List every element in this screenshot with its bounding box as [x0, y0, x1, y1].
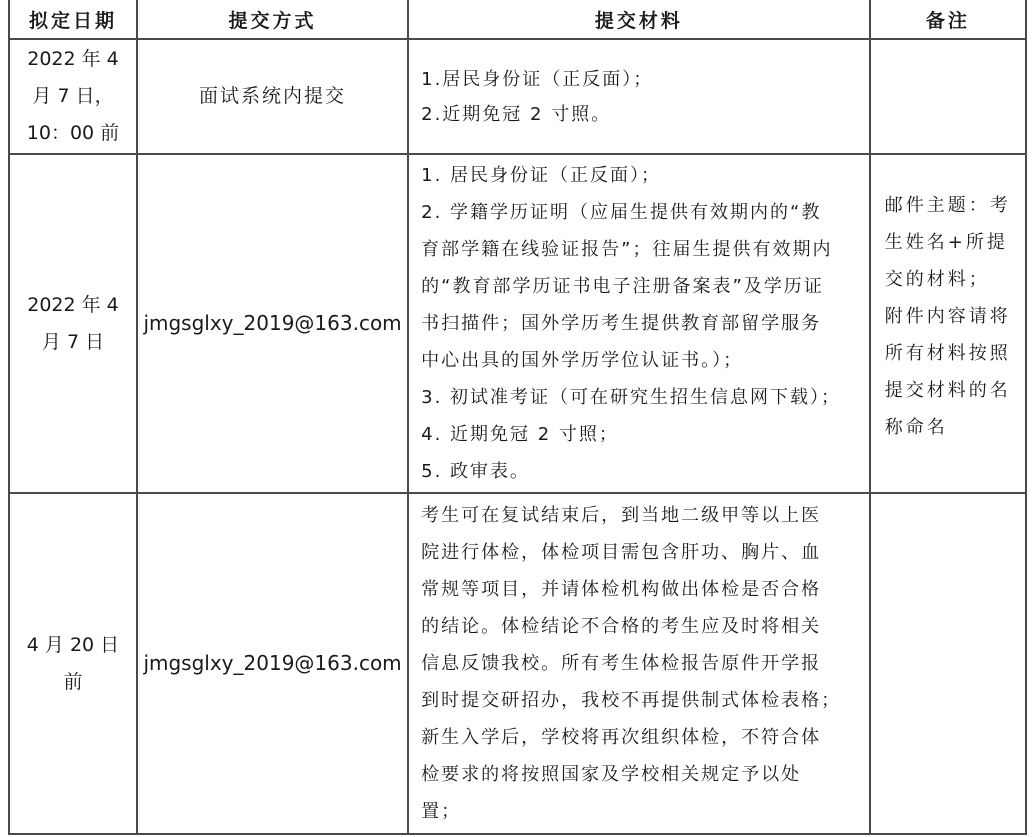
note-line: 交的材料； — [885, 261, 1017, 298]
notes-cell: 邮件主题：考 生姓名+所提 交的材料； 附件内容请将 所有材料按照 提交材料的名… — [870, 154, 1026, 493]
materials-cell: 1.居民身份证（正反面）； 2.近期免冠 2 寸照。 — [408, 39, 870, 154]
materials-cell: 1. 居民身份证（正反面）； 2. 学籍学历证明（应届生提供有效期内的“教 育部… — [408, 154, 870, 493]
material-item: 院进行体检，体检项目需包含肝功、胸片、血 — [421, 534, 861, 571]
note-line: 生姓名+所提 — [885, 224, 1017, 261]
date-cell: 2022 年 4 月 7 日， 10：00 前 — [9, 39, 137, 154]
materials-cell: 考生可在复试结束后，到当地二级甲等以上医 院进行体检，体检项目需包含肝功、胸片、… — [408, 493, 870, 834]
material-item: 的结论。体检结论不合格的考生应及时将相关 — [421, 608, 861, 645]
notes-cell — [870, 493, 1026, 834]
note-line: 称命名 — [885, 409, 1017, 446]
material-item: 检要求的将按照国家及学校相关规定予以处 — [421, 756, 861, 793]
table-row: 4 月 20 日 前 jmgsglxy_2019@163.com 考生可在复试结… — [9, 493, 1026, 834]
date-line: 月 7 日， — [10, 78, 136, 115]
note-line: 附件内容请将 — [885, 298, 1017, 335]
submission-method: 面试系统内提交 — [199, 85, 346, 107]
header-notes: 备注 — [870, 0, 1026, 39]
method-cell: 面试系统内提交 — [137, 39, 408, 154]
note-line: 提交材料的名 — [885, 372, 1017, 409]
submission-email[interactable]: jmgsglxy_2019@163.com — [143, 651, 401, 675]
material-item: 书扫描件；国外学历考生提供教育部留学服务 — [421, 305, 861, 342]
note-line: 邮件主题：考 — [885, 187, 1017, 224]
material-item: 2.近期免冠 2 寸照。 — [421, 97, 861, 132]
date-line: 4 月 20 日 — [10, 627, 136, 664]
date-cell: 2022 年 4 月 7 日 — [9, 154, 137, 493]
date-line: 前 — [10, 664, 136, 701]
header-method: 提交方式 — [137, 0, 408, 39]
submission-schedule-table: 拟定日期 提交方式 提交材料 备注 2022 年 4 月 7 日， 10：00 … — [8, 0, 1027, 835]
material-item: 1. 居民身份证（正反面）； — [421, 157, 861, 194]
material-item: 置； — [421, 793, 861, 830]
material-item: 5. 政审表。 — [421, 453, 861, 490]
material-item: 常规等项目，并请体检机构做出体检是否合格 — [421, 571, 861, 608]
material-item: 信息反馈我校。所有考生体检报告原件开学报 — [421, 645, 861, 682]
table-header-row: 拟定日期 提交方式 提交材料 备注 — [9, 0, 1026, 39]
material-item: 到时提交研招办，我校不再提供制式体检表格； — [421, 682, 861, 719]
note-text: 邮件主题：考 生姓名+所提 交的材料； 附件内容请将 所有材料按照 提交材料的名… — [885, 187, 1017, 446]
date-cell: 4 月 20 日 前 — [9, 493, 137, 834]
table-row: 2022 年 4 月 7 日， 10：00 前 面试系统内提交 1.居民身份证（… — [9, 39, 1026, 154]
notes-cell — [870, 39, 1026, 154]
material-item: 的“教育部学历证书电子注册备案表”及学历证 — [421, 268, 861, 305]
header-date: 拟定日期 — [9, 0, 137, 39]
submission-email[interactable]: jmgsglxy_2019@163.com — [143, 311, 401, 335]
header-materials: 提交材料 — [408, 0, 870, 39]
method-cell: jmgsglxy_2019@163.com — [137, 493, 408, 834]
material-item: 育部学籍在线验证报告”；往届生提供有效期内 — [421, 231, 861, 268]
date-line: 2022 年 4 — [10, 41, 136, 78]
material-item: 考生可在复试结束后，到当地二级甲等以上医 — [421, 497, 861, 534]
material-item: 3. 初试准考证（可在研究生招生信息网下载）； — [421, 379, 861, 416]
material-item: 4. 近期免冠 2 寸照； — [421, 416, 861, 453]
date-line: 2022 年 4 — [10, 287, 136, 324]
material-item: 1.居民身份证（正反面）； — [421, 62, 861, 97]
date-line: 月 7 日 — [10, 324, 136, 361]
material-item: 中心出具的国外学历学位认证书。）； — [421, 342, 861, 379]
material-item: 2. 学籍学历证明（应届生提供有效期内的“教 — [421, 194, 861, 231]
note-line: 所有材料按照 — [885, 335, 1017, 372]
table-row: 2022 年 4 月 7 日 jmgsglxy_2019@163.com 1. … — [9, 154, 1026, 493]
material-item: 新生入学后，学校将再次组织体检，不符合体 — [421, 719, 861, 756]
date-line: 10：00 前 — [10, 115, 136, 152]
method-cell: jmgsglxy_2019@163.com — [137, 154, 408, 493]
